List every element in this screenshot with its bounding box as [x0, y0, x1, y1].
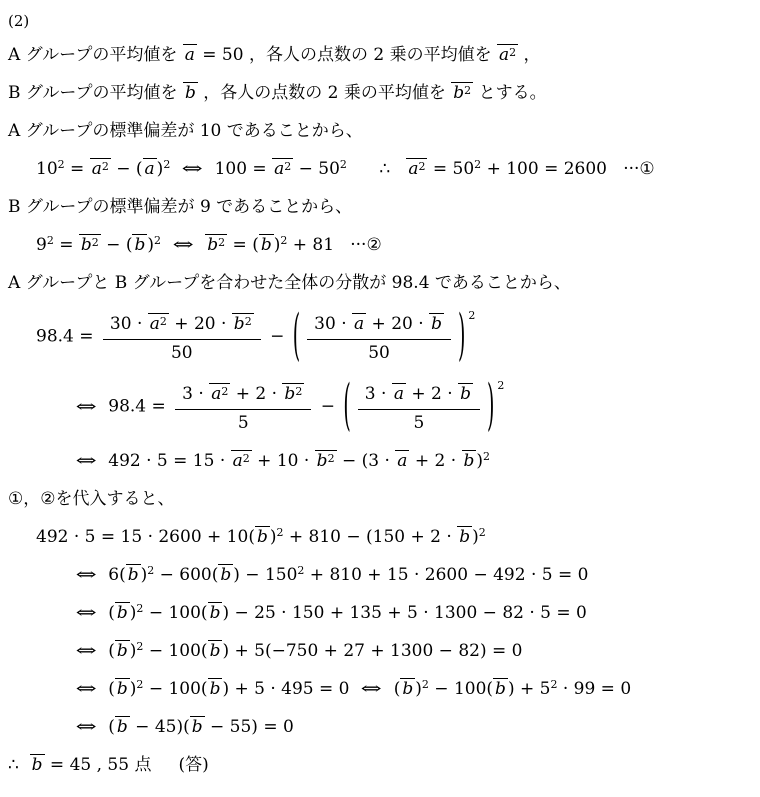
statement-substitute: ①，②を代入すると、 — [8, 480, 752, 518]
fraction: 3 · a + 2 · b5 — [358, 381, 480, 433]
overline-mean: b — [208, 640, 223, 661]
big-paren-group: (3 · a + 2 · b5)2 — [340, 381, 504, 433]
statement-combined-variance: A グループと B グループを合わせた全体の分散が 98.4 であることから、 — [8, 264, 752, 302]
italic-variable: a — [150, 314, 160, 334]
italic-variable: b — [261, 235, 272, 255]
superscript: 2 — [418, 161, 425, 172]
iff-arrow: ⇔ — [75, 632, 96, 670]
overline-mean: a — [352, 313, 366, 334]
italic-variable: b — [460, 384, 471, 404]
overline-mean: b — [208, 678, 223, 699]
italic-variable: b — [431, 314, 442, 334]
italic-variable: b — [220, 565, 231, 585]
overline-mean: b2 — [315, 450, 337, 471]
fraction-numerator: 3 · a2 + 2 · b2 — [175, 381, 311, 410]
italic-variable: a — [185, 45, 195, 65]
overline-mean: a2 — [231, 450, 252, 471]
overline-mean: a2 — [90, 158, 111, 179]
iff-arrow: ⇔ — [75, 670, 96, 708]
italic-variable: b — [402, 679, 413, 699]
overline-mean: b — [115, 716, 130, 737]
problem-number: (2) — [8, 6, 752, 36]
italic-variable: b — [317, 451, 328, 471]
fraction-numerator: 30 · a + 20 · b — [307, 311, 451, 340]
superscript: 2 — [92, 237, 99, 248]
eq-b-variance: 92 = b2 − (b)2⇔b2 = (b)2 + 81 ···② — [8, 226, 752, 264]
overline-mean: a2 — [272, 158, 293, 179]
superscript: 2 — [136, 679, 143, 690]
italic-variable: b — [210, 641, 221, 661]
italic-variable: b — [453, 83, 464, 103]
overline-mean: a — [392, 383, 406, 404]
group-superscript: 2 — [468, 309, 475, 322]
eq-sub-5: ⇔(b)2 − 100(b) + 5 · 495 = 0⇔(b)2 − 100(… — [8, 670, 752, 708]
overline-mean: b — [457, 526, 472, 547]
overline-mean: b — [259, 234, 274, 255]
italic-variable: b — [81, 235, 92, 255]
eq-combined-1: 98.4 = 30 · a2 + 20 · b250 − (30 · a + 2… — [8, 302, 752, 372]
superscript: 2 — [102, 161, 109, 172]
overline-mean: b — [115, 640, 130, 661]
superscript: 2 — [284, 161, 291, 172]
italic-variable: b — [128, 565, 139, 585]
superscript: 2 — [276, 527, 283, 538]
paren-body: 3 · a + 2 · b5 — [354, 381, 484, 433]
fraction-numerator: 30 · a2 + 20 · b2 — [103, 311, 261, 340]
overline-mean: b2 — [282, 383, 304, 404]
superscript: 2 — [163, 159, 170, 170]
overline-mean: b — [458, 383, 473, 404]
italic-variable: b — [117, 641, 128, 661]
italic-variable: b — [257, 527, 268, 547]
overline-mean: b2 — [205, 234, 227, 255]
overline-mean: b — [429, 313, 444, 334]
intro-line-b: B グループの平均値を b ，各人の点数の 2 乗の平均値を b2 とする。 — [8, 74, 752, 112]
fraction: 30 · a + 20 · b50 — [307, 311, 451, 363]
fraction-denominator: 50 — [171, 340, 193, 363]
fraction-numerator: 3 · a + 2 · b — [358, 381, 480, 410]
paren-body: 30 · a + 20 · b50 — [303, 311, 455, 363]
eq-sub-4: ⇔(b)2 − 100(b) + 5(−750 + 27 + 1300 − 82… — [8, 632, 752, 670]
overline-mean: b — [493, 678, 508, 699]
superscript: 2 — [295, 386, 302, 397]
eq-a-variance: 102 = a2 − (a)2⇔100 = a2 − 502 ∴ a2 = 50… — [8, 150, 752, 188]
overline-mean: b2 — [232, 313, 254, 334]
italic-variable: a — [394, 384, 404, 404]
eq-sub-2: ⇔6(b)2 − 600(b) − 1502 + 810 + 15 · 2600… — [8, 556, 752, 594]
iff-arrow: ⇔ — [172, 226, 193, 264]
superscript: 2 — [218, 237, 225, 248]
iff-arrow: ⇔ — [75, 397, 96, 417]
superscript: 2 — [479, 527, 486, 538]
italic-variable: a — [211, 384, 221, 404]
overline-mean: a2 — [148, 313, 169, 334]
superscript: 2 — [47, 235, 54, 246]
big-paren-group: (30 · a + 20 · b50)2 — [290, 311, 476, 363]
italic-variable: b — [117, 603, 128, 623]
fraction: 3 · a2 + 2 · b25 — [175, 381, 311, 433]
overline-mean: b — [208, 602, 223, 623]
superscript: 2 — [328, 453, 335, 464]
italic-variable: b — [284, 384, 295, 404]
overline-mean: b — [132, 234, 147, 255]
right-paren: ) — [458, 304, 465, 370]
fraction-denominator: 5 — [413, 410, 424, 433]
italic-variable: b — [117, 717, 128, 737]
iff-arrow: ⇔ — [75, 594, 96, 632]
math-solution: A グループの平均値を a = 50 ，各人の点数の 2 乗の平均値を a2 ，… — [8, 36, 752, 784]
overline-mean: b — [126, 564, 141, 585]
overline-mean: b — [190, 716, 205, 737]
left-paren: ( — [293, 304, 300, 370]
italic-variable: a — [92, 159, 102, 179]
superscript: 2 — [464, 85, 471, 96]
italic-variable: a — [145, 159, 155, 179]
statement-b-sd: B グループの標準偏差が 9 であることから、 — [8, 188, 752, 226]
overline-mean: b — [30, 754, 45, 775]
overline-mean: b — [115, 678, 130, 699]
eq-factored: ⇔(b − 45)(b − 55) = 0 — [8, 708, 752, 746]
superscript: 2 — [297, 565, 304, 576]
overline-mean: a — [395, 450, 409, 471]
italic-variable: b — [134, 235, 145, 255]
overline-mean: b2 — [451, 82, 473, 103]
italic-variable: b — [234, 314, 245, 334]
iff-arrow: ⇔ — [75, 442, 96, 480]
eq-sub-3: ⇔(b)2 − 100(b) − 25 · 150 + 135 + 5 · 13… — [8, 594, 752, 632]
group-superscript: 2 — [497, 379, 504, 392]
overline-mean: a2 — [209, 383, 230, 404]
overline-mean: a — [183, 44, 197, 65]
iff-arrow: ⇔ — [75, 708, 96, 746]
fraction: 30 · a2 + 20 · b250 — [103, 311, 261, 363]
italic-variable: b — [210, 603, 221, 623]
superscript: 2 — [245, 316, 252, 327]
italic-variable: a — [499, 45, 509, 65]
eq-combined-2: ⇔98.4 = 3 · a2 + 2 · b25 − (3 · a + 2 · … — [8, 372, 752, 442]
italic-variable: a — [397, 451, 407, 471]
fraction-denominator: 50 — [368, 340, 390, 363]
fraction-denominator: 5 — [238, 410, 249, 433]
italic-variable: a — [233, 451, 243, 471]
italic-variable: b — [495, 679, 506, 699]
superscript: 2 — [422, 679, 429, 690]
superscript: 2 — [136, 603, 143, 614]
superscript: 2 — [483, 451, 490, 462]
superscript: 2 — [474, 159, 481, 170]
overline-mean: a — [143, 158, 157, 179]
superscript: 2 — [509, 47, 516, 58]
overline-mean: b — [400, 678, 415, 699]
eq-sub-1: 492 · 5 = 15 · 2600 + 10(b)2 + 810 − (15… — [8, 518, 752, 556]
overline-mean: b — [462, 450, 477, 471]
iff-arrow: ⇔ — [182, 150, 203, 188]
italic-variable: b — [32, 755, 43, 775]
italic-variable: b — [207, 235, 218, 255]
italic-variable: a — [408, 159, 418, 179]
italic-variable: b — [464, 451, 475, 471]
eq-combined-3: ⇔492 · 5 = 15 · a2 + 10 · b2 − (3 · a + … — [8, 442, 752, 480]
intro-line-a: A グループの平均値を a = 50 ，各人の点数の 2 乗の平均値を a2 ， — [8, 36, 752, 74]
document-page: (2) A グループの平均値を a = 50 ，各人の点数の 2 乗の平均値を … — [0, 0, 760, 788]
overline-mean: b — [183, 82, 198, 103]
superscript: 2 — [58, 159, 65, 170]
superscript: 2 — [280, 235, 287, 246]
overline-mean: b — [115, 602, 130, 623]
italic-variable: b — [185, 83, 196, 103]
italic-variable: a — [354, 314, 364, 334]
overline-mean: b — [218, 564, 233, 585]
superscript: 2 — [136, 641, 143, 652]
italic-variable: b — [117, 679, 128, 699]
superscript: 2 — [340, 159, 347, 170]
iff-arrow: ⇔ — [75, 556, 96, 594]
statement-a-sd: A グループの標準偏差が 10 であることから、 — [8, 112, 752, 150]
superscript: 2 — [221, 386, 228, 397]
iff-arrow: ⇔ — [361, 670, 382, 708]
superscript: 2 — [243, 453, 250, 464]
italic-variable: b — [210, 679, 221, 699]
right-paren: ) — [487, 374, 494, 440]
answer-line: ∴ b = 45 , 55 点 (答) — [8, 746, 752, 784]
overline-mean: b — [255, 526, 270, 547]
superscript: 2 — [550, 679, 557, 690]
superscript: 2 — [154, 235, 161, 246]
overline-mean: a2 — [406, 158, 427, 179]
italic-variable: b — [459, 527, 470, 547]
overline-mean: a2 — [497, 44, 518, 65]
italic-variable: a — [274, 159, 284, 179]
overline-mean: b2 — [79, 234, 101, 255]
italic-variable: b — [192, 717, 203, 737]
left-paren: ( — [343, 374, 350, 440]
superscript: 2 — [160, 316, 167, 327]
superscript: 2 — [147, 565, 154, 576]
